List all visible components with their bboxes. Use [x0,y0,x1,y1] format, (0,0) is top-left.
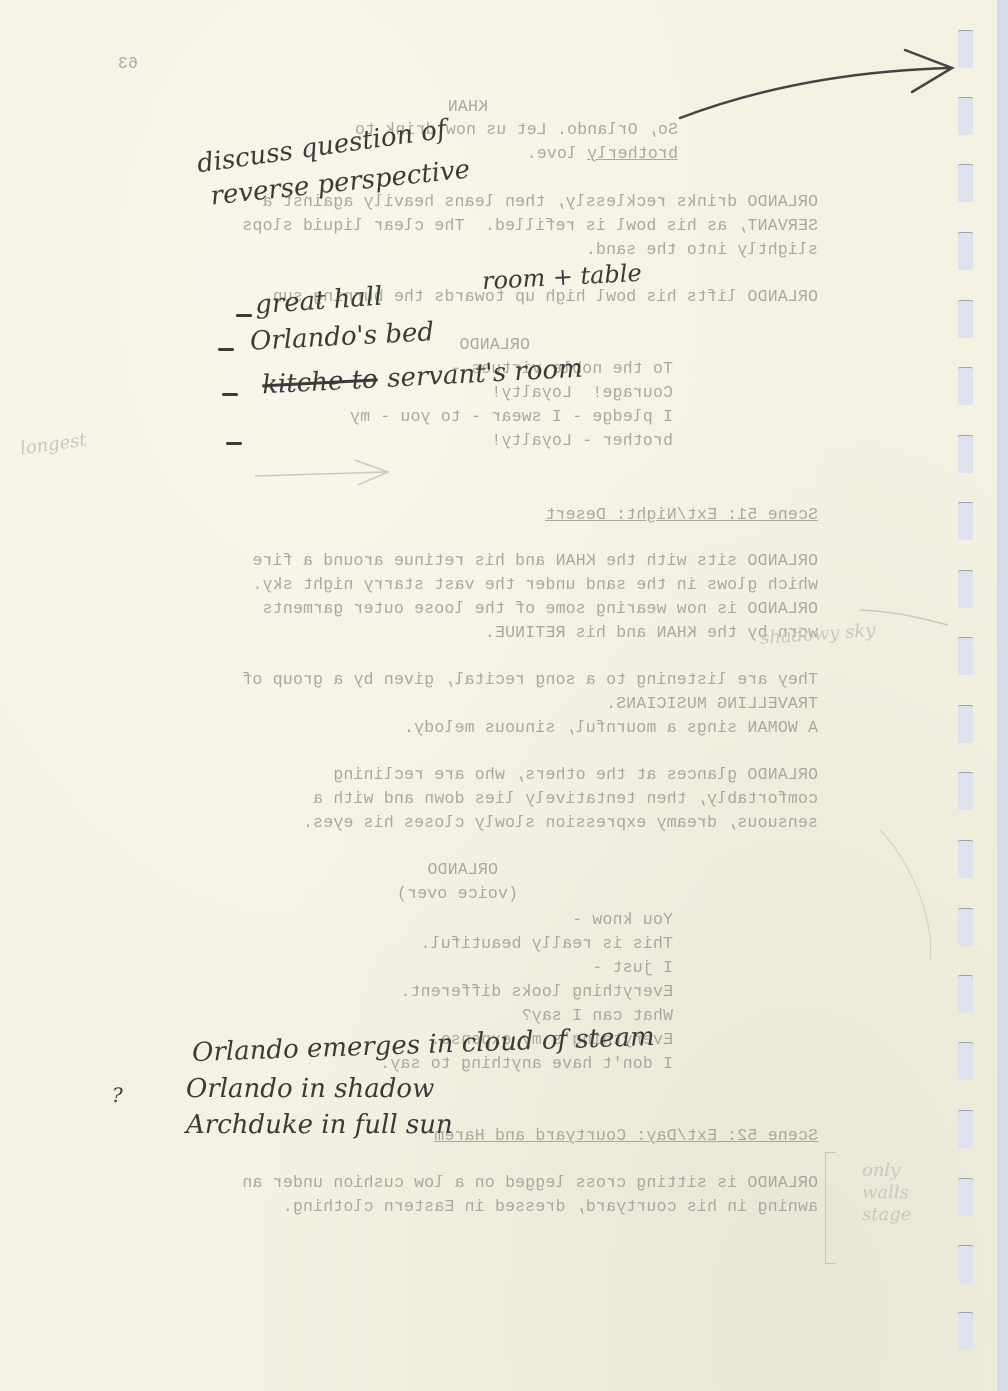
handwritten-note: Orlando in shadow [186,1074,434,1104]
list-bullet-dash [218,348,234,351]
handwritten-note: Archduke in full sun [186,1110,453,1140]
struck-text: kitche to [261,364,378,400]
list-bullet-dash [222,393,238,396]
arrow-icon [0,0,1008,1391]
list-bullet-dash [236,314,252,317]
list-bullet-dash [226,442,242,445]
handwritten-margin-mark: ? [112,1080,123,1110]
